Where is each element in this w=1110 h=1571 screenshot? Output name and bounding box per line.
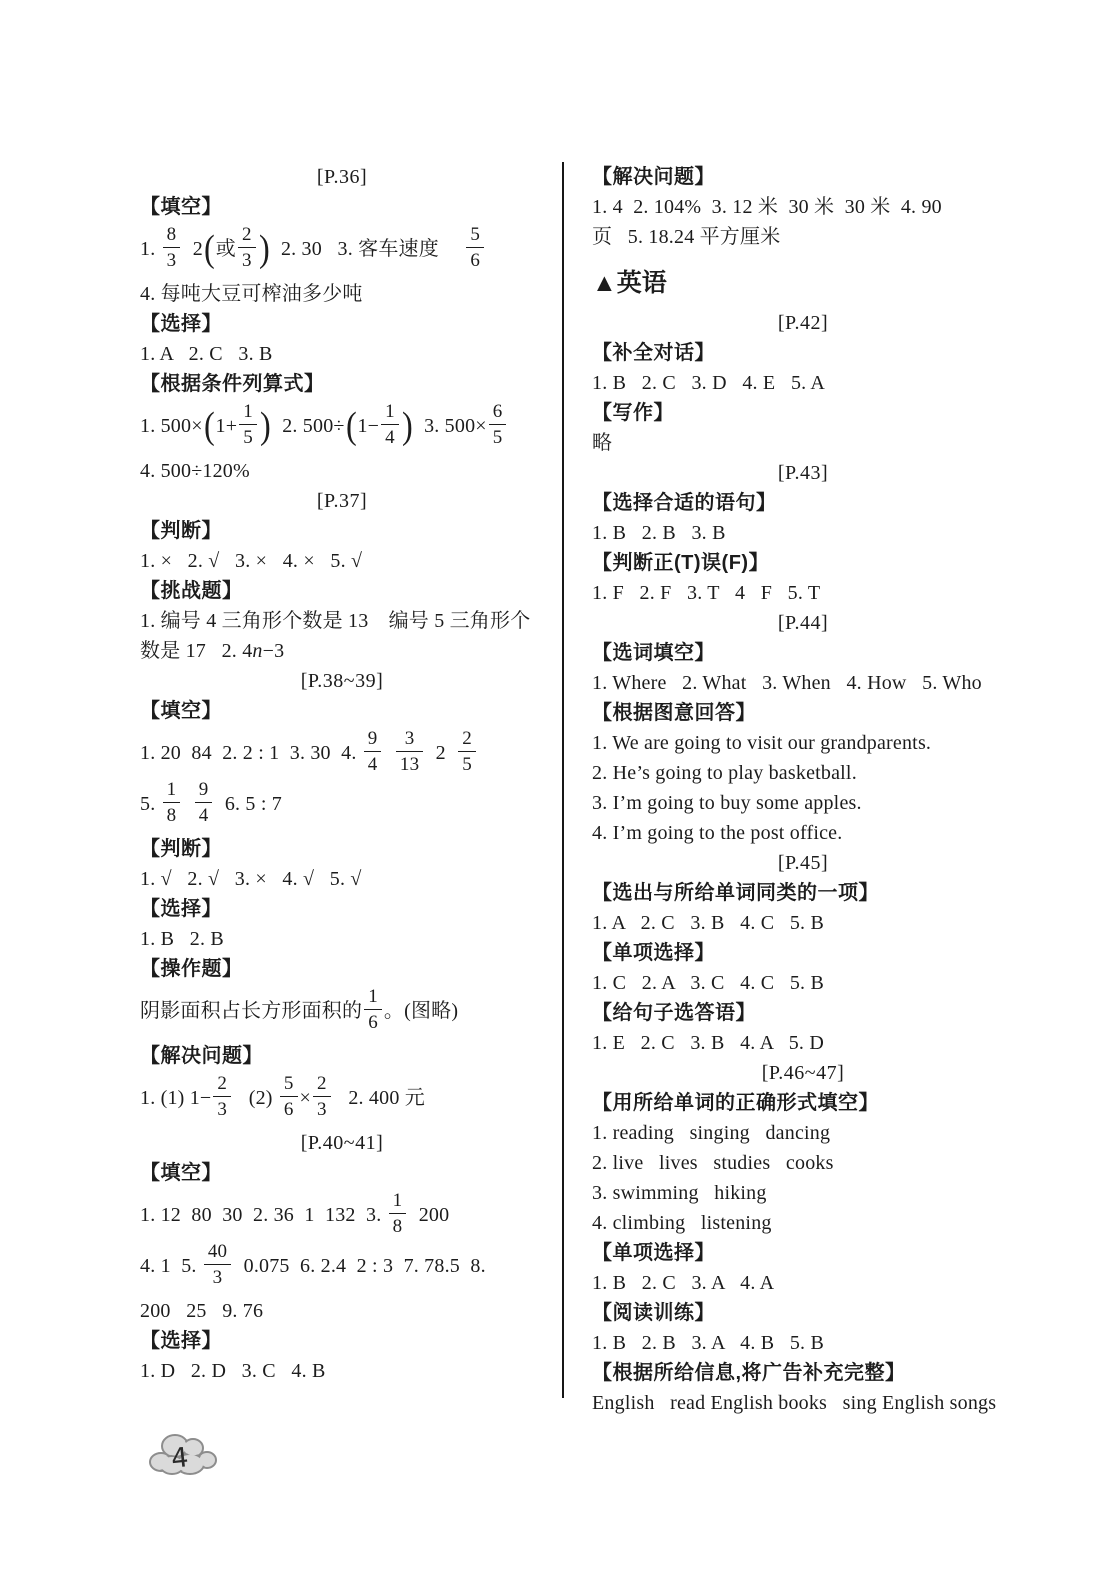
section-heading: 【根据图意回答】	[592, 698, 1014, 728]
answer-line: 1. × 2. √ 3. × 4. × 5. √	[140, 546, 544, 576]
section-heading: 【选择】	[140, 894, 544, 924]
answer-line: 1. D 2. D 3. C 4. B	[140, 1356, 544, 1386]
fraction: 15	[239, 402, 257, 447]
text-run: 2. 500÷	[272, 415, 345, 437]
text-run: 3. swimming hiking	[592, 1182, 767, 1204]
column-divider	[562, 162, 564, 1398]
answer-line: 1. A 2. C 3. B 4. C 5. B	[592, 908, 1014, 938]
answer-line: 2. He’s going to play basketball.	[592, 758, 1014, 788]
text-run: 5.	[140, 793, 161, 815]
text-run: 。(图略)	[384, 1000, 458, 1022]
fraction: 313	[396, 729, 423, 774]
answer-line: 3. I’m going to buy some apples.	[592, 788, 1014, 818]
fraction-numerator: 9	[364, 729, 382, 751]
answer-line: English read English books sing English …	[592, 1388, 1014, 1418]
answer-line: 1. We are going to visit our grandparent…	[592, 728, 1014, 758]
big-paren: )	[260, 411, 271, 441]
left-column: [P.36]【填空】1. 83 2(或23) 2. 30 3. 客车速度 564…	[140, 162, 544, 1386]
section-heading: 【给句子选答语】	[592, 998, 1014, 1028]
text-run: 1. 500×	[140, 415, 203, 437]
section-heading: 【用所给单词的正确形式填空】	[592, 1088, 1014, 1118]
fraction-numerator: 1	[364, 987, 382, 1009]
fraction-numerator: 1	[163, 780, 181, 802]
section-heading: 【解决问题】	[140, 1041, 544, 1071]
answer-line: 1. C 2. A 3. C 4. C 5. B	[592, 968, 1014, 998]
text-run: 1. B 2. B 3. A 4. B 5. B	[592, 1332, 824, 1354]
text-run: 或	[216, 238, 236, 260]
fraction-numerator: 1	[389, 1191, 407, 1213]
variable: n	[252, 640, 262, 662]
text-run: 1. B 2. C 3. D 4. E 5. A	[592, 372, 825, 394]
answer-line: 4. 1 5. 403 0.075 6. 2.4 2 : 3 7. 78.5 8…	[140, 1245, 544, 1290]
section-heading: 【操作题】	[140, 954, 544, 984]
section-heading: 【判断】	[140, 834, 544, 864]
text-run: 6. 5 : 7	[214, 793, 282, 815]
section-heading: 【挑战题】	[140, 576, 544, 606]
fraction-denominator: 5	[239, 424, 257, 447]
right-column: 【解决问题】1. 4 2. 104% 3. 12 米 30 米 30 米 4. …	[592, 162, 1014, 1418]
page-number: 4	[170, 1442, 190, 1475]
text-run: 1. 20 84 2. 2 : 1 3. 30 4.	[140, 742, 362, 764]
text-run: 1. A 2. C 3. B 4. C 5. B	[592, 912, 824, 934]
section-heading: 【写作】	[592, 398, 1014, 428]
text-run: 阴影面积占长方形面积的	[140, 1000, 362, 1022]
answer-line: 1. 500×(1+15) 2. 500÷(1−14) 3. 500×65	[140, 405, 544, 450]
section-heading: 【解决问题】	[592, 162, 1014, 192]
fraction-numerator: 2	[458, 729, 476, 751]
fraction-denominator: 4	[364, 751, 382, 774]
text-run: 2. live lives studies cooks	[592, 1152, 834, 1174]
fraction-numerator: 6	[489, 402, 507, 424]
fraction: 94	[364, 729, 382, 774]
fraction-denominator: 4	[195, 802, 213, 825]
section-heading: 【填空】	[140, 696, 544, 726]
text-run: 2	[182, 238, 203, 260]
page-ref: [P.45]	[592, 848, 1014, 878]
section-heading: 【补全对话】	[592, 338, 1014, 368]
fraction: 25	[458, 729, 476, 774]
page-ref: [P.46~47]	[592, 1058, 1014, 1088]
answer-line: 2. live lives studies cooks	[592, 1148, 1014, 1178]
text-run: 1. C 2. A 3. C 4. C 5. B	[592, 972, 824, 994]
text-run: 1. B 2. B	[140, 928, 224, 950]
answer-line: 阴影面积占长方形面积的16。(图略)	[140, 990, 544, 1035]
text-run: 1. E 2. C 3. B 4. A 5. D	[592, 1032, 824, 1054]
answer-line: 1. 4 2. 104% 3. 12 米 30 米 30 米 4. 90	[592, 192, 1014, 222]
fraction: 14	[381, 402, 399, 447]
big-paren: )	[259, 234, 270, 264]
fraction-numerator: 8	[163, 225, 181, 247]
page-ref: [P.42]	[592, 308, 1014, 338]
fraction-denominator: 5	[489, 424, 507, 447]
fraction-denominator: 5	[458, 751, 476, 774]
text-run: 1. B 2. C 3. A 4. A	[592, 1272, 774, 1294]
text-run: 1.	[140, 238, 161, 260]
text-run: 4. 1 5.	[140, 1255, 202, 1277]
text-run: 1. 12 80 30 2. 36 1 132 3.	[140, 1204, 387, 1226]
fraction: 16	[364, 987, 382, 1032]
section-heading: 【单项选择】	[592, 938, 1014, 968]
text-run: 1. D 2. D 3. C 4. B	[140, 1360, 326, 1382]
text-run: ×	[300, 1087, 311, 1109]
section-heading: 【选择合适的语句】	[592, 488, 1014, 518]
answer-line: 200 25 9. 76	[140, 1296, 544, 1326]
text-run: 1. √ 2. √ 3. × 4. √ 5. √	[140, 868, 362, 890]
answer-line: 1. B 2. B 3. A 4. B 5. B	[592, 1328, 1014, 1358]
text-run: 2. 400 元	[333, 1087, 425, 1109]
text-run: English read English books sing English …	[592, 1392, 996, 1414]
answer-line: 1. B 2. B	[140, 924, 544, 954]
answer-line: 4. 每吨大豆可榨油多少吨	[140, 279, 544, 309]
answer-line: 1. (1) 1−23 (2) 56×23 2. 400 元	[140, 1077, 544, 1122]
text-run: 1. (1) 1−	[140, 1087, 211, 1109]
fraction-denominator: 3	[238, 247, 256, 270]
page-ref: [P.37]	[140, 486, 544, 516]
text-run: 2. 30 3. 客车速度	[271, 238, 465, 260]
text-run: 1. Where 2. What 3. When 4. How 5. Who	[592, 672, 982, 694]
section-heading: 【选择】	[140, 1326, 544, 1356]
text-run: 1. 编号 4 三角形个数是 13 编号 5 三角形个	[140, 610, 530, 632]
text-run: 4. climbing listening	[592, 1212, 772, 1234]
answer-line: 数是 17 2. 4n−3	[140, 636, 544, 666]
big-paren: (	[346, 411, 357, 441]
answer-line: 5. 18 94 6. 5 : 7	[140, 783, 544, 828]
text-run: 3. 500×	[414, 415, 487, 437]
text-run: 1+	[216, 415, 238, 437]
text-run: 1−	[357, 415, 379, 437]
section-heading: 【根据条件列算式】	[140, 369, 544, 399]
fraction-denominator: 3	[313, 1096, 331, 1119]
text-run: 数是 17 2. 4	[140, 640, 252, 662]
section-heading: 【阅读训练】	[592, 1298, 1014, 1328]
answer-line: 1. 12 80 30 2. 36 1 132 3. 18 200	[140, 1194, 544, 1239]
fraction-numerator: 2	[238, 225, 256, 247]
fraction-denominator: 13	[396, 751, 423, 774]
fraction-denominator: 6	[466, 247, 484, 270]
text-run: 1. We are going to visit our grandparent…	[592, 732, 931, 754]
section-heading: 【选出与所给单词同类的一项】	[592, 878, 1014, 908]
text-run: 1. × 2. √ 3. × 4. × 5. √	[140, 550, 362, 572]
text-run: 4. 每吨大豆可榨油多少吨	[140, 283, 363, 305]
fraction-numerator: 5	[466, 225, 484, 247]
answer-line: 1. F 2. F 3. T 4 F 5. T	[592, 578, 1014, 608]
section-heading: 【选词填空】	[592, 638, 1014, 668]
answer-line: 1. B 2. B 3. B	[592, 518, 1014, 548]
answer-line: 4. climbing listening	[592, 1208, 1014, 1238]
text-run: 3. I’m going to buy some apples.	[592, 792, 862, 814]
fraction-denominator: 3	[204, 1264, 231, 1287]
fraction: 65	[489, 402, 507, 447]
text-run: 页 5. 18.24 平方厘米	[592, 226, 780, 248]
fraction-numerator: 40	[204, 1242, 231, 1264]
fraction: 23	[213, 1074, 231, 1119]
fraction-denominator: 8	[389, 1213, 407, 1236]
section-heading: 【单项选择】	[592, 1238, 1014, 1268]
fraction: 403	[204, 1242, 231, 1287]
big-paren: )	[402, 411, 413, 441]
subject-title: ▲英语	[592, 266, 1014, 300]
text-run	[383, 742, 393, 764]
text-run: (2)	[233, 1087, 278, 1109]
big-paren: (	[204, 411, 215, 441]
answer-line: 4. I’m going to the post office.	[592, 818, 1014, 848]
text-run: 2	[425, 742, 456, 764]
fraction-denominator: 3	[163, 247, 181, 270]
fraction-denominator: 6	[280, 1096, 298, 1119]
page-ref: [P.43]	[592, 458, 1014, 488]
answer-line: 略	[592, 428, 1014, 458]
page-ref: [P.44]	[592, 608, 1014, 638]
text-run: 1. F 2. F 3. T 4 F 5. T	[592, 582, 820, 604]
section-heading: 【填空】	[140, 192, 544, 222]
page-number-cloud: 4	[144, 1426, 224, 1484]
text-run	[182, 793, 192, 815]
text-run: 1. A 2. C 3. B	[140, 343, 273, 365]
text-run: 1. B 2. B 3. B	[592, 522, 726, 544]
fraction-denominator: 6	[364, 1009, 382, 1032]
answer-line: 1. Where 2. What 3. When 4. How 5. Who	[592, 668, 1014, 698]
fraction-numerator: 2	[313, 1074, 331, 1096]
fraction-denominator: 4	[381, 424, 399, 447]
answer-line: 1. E 2. C 3. B 4. A 5. D	[592, 1028, 1014, 1058]
fraction-numerator: 1	[239, 402, 257, 424]
answer-line: 3. swimming hiking	[592, 1178, 1014, 1208]
fraction-denominator: 3	[213, 1096, 231, 1119]
answer-line: 页 5. 18.24 平方厘米	[592, 222, 1014, 252]
fraction-numerator: 5	[280, 1074, 298, 1096]
text-run: 4. 500÷120%	[140, 460, 250, 482]
text-run: 1. 4 2. 104% 3. 12 米 30 米 30 米 4. 90	[592, 196, 942, 218]
section-heading: 【判断】	[140, 516, 544, 546]
text-run: 4. I’m going to the post office.	[592, 822, 842, 844]
section-heading: 【判断正(T)误(F)】	[592, 548, 1014, 578]
text-run: 2. He’s going to play basketball.	[592, 762, 857, 784]
text-run: 0.075 6. 2.4 2 : 3 7. 78.5 8.	[233, 1255, 486, 1277]
page-ref: [P.36]	[140, 162, 544, 192]
fraction-numerator: 1	[381, 402, 399, 424]
page-ref: [P.40~41]	[140, 1128, 544, 1158]
section-heading: 【填空】	[140, 1158, 544, 1188]
fraction: 23	[313, 1074, 331, 1119]
fraction: 23	[238, 225, 256, 270]
text-run: 1. reading singing dancing	[592, 1122, 830, 1144]
fraction: 18	[389, 1191, 407, 1236]
answer-line: 4. 500÷120%	[140, 456, 544, 486]
answer-line: 1. B 2. C 3. D 4. E 5. A	[592, 368, 1014, 398]
answer-line: 1. 83 2(或23) 2. 30 3. 客车速度 56	[140, 228, 544, 273]
page-ref: [P.38~39]	[140, 666, 544, 696]
answer-line: 1. 编号 4 三角形个数是 13 编号 5 三角形个	[140, 606, 544, 636]
answer-line: 1. √ 2. √ 3. × 4. √ 5. √	[140, 864, 544, 894]
fraction-numerator: 9	[195, 780, 213, 802]
section-heading: 【根据所给信息,将广告补充完整】	[592, 1358, 1014, 1388]
fraction: 56	[280, 1074, 298, 1119]
text-run: −3	[263, 640, 285, 662]
fraction: 83	[163, 225, 181, 270]
fraction-numerator: 2	[213, 1074, 231, 1096]
fraction-denominator: 8	[163, 802, 181, 825]
answer-line: 1. reading singing dancing	[592, 1118, 1014, 1148]
answer-line: 1. A 2. C 3. B	[140, 339, 544, 369]
text-run: 200	[408, 1204, 449, 1226]
section-heading: 【选择】	[140, 309, 544, 339]
text-run: 200 25 9. 76	[140, 1300, 263, 1322]
answer-key-page: [P.36]【填空】1. 83 2(或23) 2. 30 3. 客车速度 564…	[0, 0, 1110, 1571]
answer-line: 1. B 2. C 3. A 4. A	[592, 1268, 1014, 1298]
fraction: 94	[195, 780, 213, 825]
fraction-numerator: 3	[396, 729, 423, 751]
fraction: 56	[466, 225, 484, 270]
big-paren: (	[204, 234, 215, 264]
text-run: 略	[592, 432, 612, 454]
fraction: 18	[163, 780, 181, 825]
answer-line: 1. 20 84 2. 2 : 1 3. 30 4. 94 313 2 25	[140, 732, 544, 777]
